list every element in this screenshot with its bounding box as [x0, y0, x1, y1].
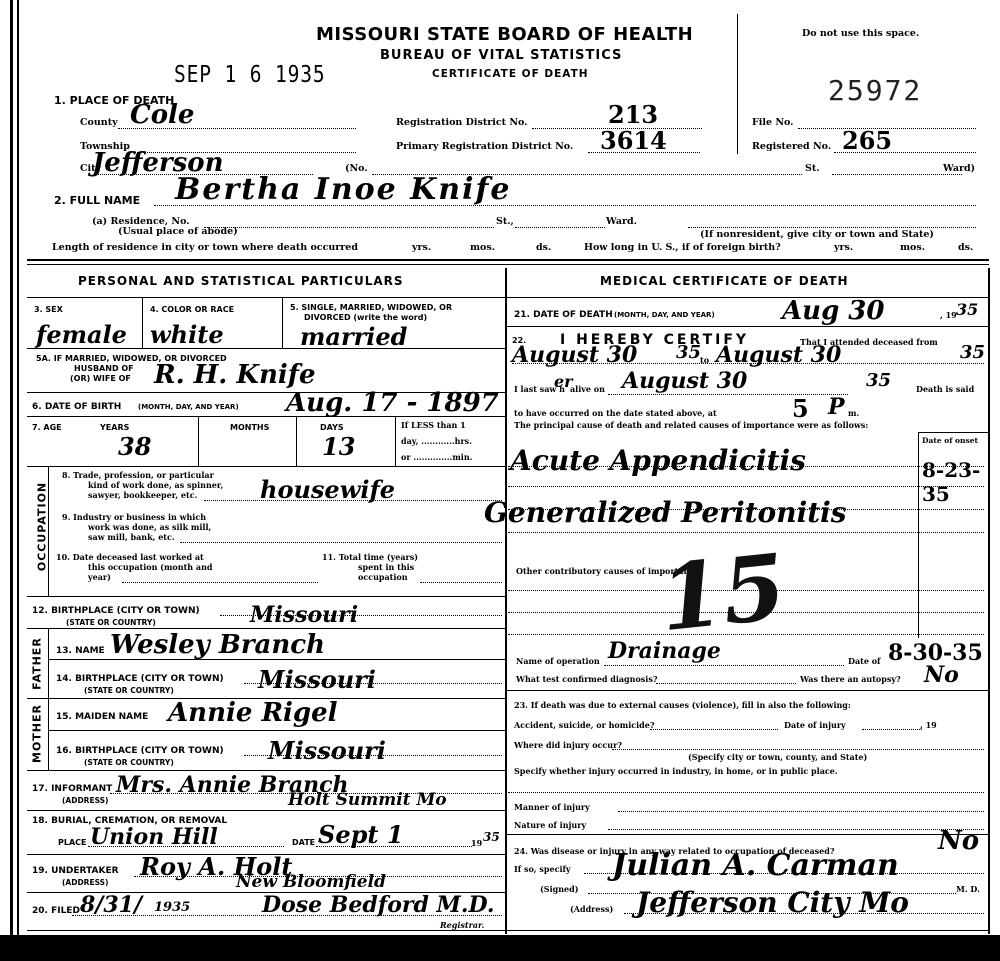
bureau-title: BUREAU OF VITAL STATISTICS — [380, 48, 622, 63]
left-border — [10, 0, 13, 961]
attended-to-field[interactable]: August 30 — [716, 342, 841, 368]
dod-year-field[interactable]: 35 — [956, 300, 978, 319]
manner-label: Manner of injury — [514, 802, 590, 812]
father-side-label: FATHER — [31, 629, 44, 699]
left-border-inner — [17, 0, 19, 961]
months-label: MONTHS — [230, 423, 269, 432]
injury-date-label: Date of injury — [784, 720, 846, 730]
length-mos-label: mos. — [470, 242, 495, 253]
date-of-death-field[interactable]: Aug 30 — [782, 296, 885, 326]
mother-name-label: 15. MAIDEN NAME — [56, 712, 148, 722]
alive-on-label: alive on — [570, 384, 605, 394]
burial-year-field[interactable]: 35 — [483, 830, 500, 844]
informant-label: 17. INFORMANT — [32, 784, 112, 794]
less-than-day-1: If LESS than 1 — [401, 420, 466, 430]
date-of-onset-label: Date of onset — [922, 436, 978, 445]
father-birthplace-label: 14. BIRTHPLACE (CITY OR TOWN) — [56, 674, 224, 684]
secondary-cause-field[interactable]: Generalized Peritonitis — [484, 496, 847, 529]
race-label: 4. COLOR OR RACE — [150, 305, 234, 314]
full-name-field[interactable]: Bertha Inoe Knife — [175, 172, 511, 207]
foreign-ds-label: ds. — [958, 242, 973, 253]
board-title: MISSOURI STATE BOARD OF HEALTH — [316, 24, 693, 45]
signed-label: (Signed) — [540, 884, 578, 894]
meridiem-field[interactable]: P — [828, 394, 845, 420]
margin-mark: 15 — [655, 534, 791, 653]
registration-district-label: Registration District No. — [396, 117, 527, 128]
spouse-label-2: HUSBAND OF — [74, 364, 134, 373]
last-saw-year-field[interactable]: 35 — [866, 370, 891, 391]
registrar-label: Registrar. — [440, 920, 484, 930]
county-field[interactable]: Cole — [130, 100, 194, 130]
injury-location-label: Where did injury occur? — [514, 740, 622, 750]
attended-to-year[interactable]: 35 — [960, 342, 985, 363]
birthplace-field[interactable]: Missouri — [250, 602, 358, 628]
mother-birthplace-label: 16. BIRTHPLACE (CITY OR TOWN) — [56, 746, 224, 756]
age-years-field[interactable]: 38 — [118, 432, 151, 461]
specify-injury-label: Specify whether injury occurred in indus… — [514, 766, 838, 776]
mother-birthplace-sub: (STATE OR COUNTRY) — [84, 758, 174, 767]
burial-place-label: PLACE — [58, 838, 87, 847]
burial-date-field[interactable]: Sept 1 — [318, 820, 404, 849]
mother-side-label: MOTHER — [31, 699, 44, 769]
residence-ward-label: Ward. — [606, 216, 637, 227]
attended-from-year[interactable]: 35 — [676, 342, 701, 363]
mother-birthplace-field[interactable]: Missouri — [268, 736, 386, 765]
informant-address-field[interactable]: Holt Summit Mo — [288, 790, 447, 810]
physician-signature[interactable]: Julian A. Carman — [612, 848, 899, 883]
injury-location-sub: (Specify city or town, county, and State… — [688, 752, 867, 762]
total-time-label-2: spent in this — [358, 562, 414, 572]
total-time-label-1: 11. Total time (years) — [322, 552, 418, 562]
street-label: St. — [805, 163, 820, 174]
filed-year-field[interactable]: 1935 — [154, 900, 190, 915]
burial-year-prefix: 19 — [471, 838, 482, 848]
primary-registration-field[interactable]: 3614 — [600, 126, 667, 155]
accident-label: Accident, suicide, or homicide? — [514, 720, 655, 730]
operation-label: Name of operation — [516, 656, 600, 666]
years-label: YEARS — [100, 423, 129, 432]
autopsy-label: Was there an autopsy? — [800, 674, 901, 684]
age-label: 7. AGE — [32, 423, 62, 432]
trade-label-1: 8. Trade, profession, or particular — [62, 470, 214, 480]
physician-address-field[interactable]: Jefferson City Mo — [636, 886, 909, 919]
burial-place-field[interactable]: Union Hill — [90, 824, 218, 850]
race-field[interactable]: white — [150, 320, 224, 349]
header-rule-2 — [27, 264, 989, 265]
less-than-day-3: or ..............min. — [401, 452, 472, 462]
md-label: M. D. — [956, 884, 980, 894]
received-stamp: SEP 1 6 1935 — [174, 62, 325, 88]
informant-address-label: (ADDRESS) — [62, 796, 108, 805]
trade-label-2: kind of work done, as spinner, — [88, 480, 223, 490]
length-ds-label: ds. — [536, 242, 551, 253]
right-border — [988, 268, 990, 934]
test-confirmed-label: What test confirmed diagnosis? — [516, 674, 658, 684]
primary-cause-field[interactable]: Acute Appendicitis — [510, 444, 806, 477]
county-label: County — [80, 117, 118, 128]
residence-st-label: St., — [496, 216, 514, 227]
if-so-label: If so, specify — [514, 864, 571, 874]
birthplace-label: 12. BIRTHPLACE (CITY OR TOWN) — [32, 606, 200, 616]
to-label: to — [700, 355, 709, 365]
causes-intro: The principal cause of death and related… — [514, 420, 868, 430]
date-of-death-label: 21. DATE OF DEATH — [514, 310, 613, 320]
dob-field[interactable]: Aug. 17 - 1897 — [286, 388, 499, 418]
spouse-label-3: (OR) WIFE OF — [70, 374, 131, 383]
marital-label-2: DIVORCED (write the word) — [304, 313, 427, 322]
industry-label-2: work was done, as silk mill, — [88, 522, 211, 532]
primary-registration-label: Primary Registration District No. — [396, 141, 573, 152]
occupation-side-label: OCCUPATION — [36, 477, 49, 577]
full-name-label: 2. FULL NAME — [54, 194, 140, 207]
header-divider — [737, 14, 738, 154]
dob-sub-label: (MONTH, DAY, AND YEAR) — [138, 403, 239, 411]
trade-label-3: sawyer, bookkeeper, etc. — [88, 490, 197, 500]
total-time-label-3: occupation — [358, 572, 408, 582]
certificate-title: CERTIFICATE OF DEATH — [432, 68, 589, 80]
industry-label-3: saw mill, bank, etc. — [88, 532, 175, 542]
undertaker-address-label: (ADDRESS) — [62, 878, 108, 887]
state-file-number: 25972 — [828, 74, 922, 107]
dod-year-prefix: , 19 — [940, 310, 957, 320]
registration-district-field[interactable]: 213 — [608, 100, 658, 129]
last-worked-label-2: this occupation (month and — [88, 562, 212, 572]
registrar-signature[interactable]: Dose Bedford M.D. — [262, 892, 495, 918]
nonresident-note: (If nonresident, give city or town and S… — [700, 229, 934, 240]
mother-name-field[interactable]: Annie Rigel — [168, 698, 338, 728]
father-birthplace-sub: (STATE OR COUNTRY) — [84, 686, 174, 695]
nature-label: Nature of injury — [514, 820, 586, 830]
attended-from-field[interactable]: August 30 — [512, 342, 637, 368]
last-worked-label-1: 10. Date deceased last worked at — [56, 552, 204, 562]
autopsy-field[interactable]: No — [924, 662, 959, 688]
age-days-field[interactable]: 13 — [322, 432, 355, 461]
m-label: m. — [848, 408, 859, 418]
undertaker-address-field[interactable]: New Bloomfield — [236, 872, 386, 892]
registered-no-field[interactable]: 265 — [842, 126, 892, 155]
last-saw-date-field[interactable]: August 30 — [622, 368, 747, 394]
burial-date-label: DATE — [292, 838, 315, 847]
marital-field[interactable]: married — [300, 322, 407, 351]
injury-year-label: , 19 — [920, 720, 937, 730]
physician-address-label: (Address) — [570, 904, 613, 914]
birthplace-sub-label: (STATE OR COUNTRY) — [66, 618, 156, 627]
header-rule — [27, 259, 989, 261]
foreign-birth-label: How long in U. S., if of foreign birth? — [584, 242, 781, 253]
father-name-field[interactable]: Wesley Branch — [110, 630, 325, 660]
death-said-label: Death is said — [916, 384, 974, 394]
personal-section-title: PERSONAL AND STATISTICAL PARTICULARS — [78, 274, 404, 288]
foreign-mos-label: mos. — [900, 242, 925, 253]
father-name-label: 13. NAME — [56, 646, 105, 656]
occupation-field[interactable]: housewife — [260, 475, 395, 504]
do-not-use-note: Do not use this space. — [802, 28, 919, 39]
length-of-residence-label: Length of residence in city or town wher… — [52, 242, 358, 253]
undertaker-label: 19. UNDERTAKER — [32, 866, 119, 876]
sex-label: 3. SEX — [34, 305, 63, 314]
industry-label-1: 9. Industry or business in which — [62, 512, 206, 522]
days-label: DAYS — [320, 423, 344, 432]
bottom-border — [0, 935, 1000, 961]
date-of-death-sub: (MONTH, DAY, AND YEAR) — [614, 311, 715, 319]
sex-field[interactable]: female — [36, 320, 127, 349]
time-of-death-field[interactable]: 5 — [792, 394, 809, 423]
length-yrs-label: yrs. — [412, 242, 431, 253]
medical-section-title: MEDICAL CERTIFICATE OF DEATH — [600, 274, 849, 288]
occupation-related-field[interactable]: No — [938, 826, 979, 856]
father-birthplace-field[interactable]: Missouri — [258, 665, 376, 694]
operation-date-label: Date of — [848, 656, 880, 666]
ward-label: Ward) — [943, 163, 975, 174]
filed-date-field[interactable]: 8/31/ — [80, 892, 142, 918]
primary-cause-onset[interactable]: 8-23-35 — [922, 458, 1000, 506]
foreign-yrs-label: yrs. — [834, 242, 853, 253]
operation-field[interactable]: Drainage — [608, 638, 721, 664]
external-causes-label: 23. If death was due to external causes … — [514, 700, 851, 710]
occurred-label: to have occurred on the date stated abov… — [514, 408, 717, 418]
file-no-label: File No. — [752, 117, 793, 128]
spouse-field[interactable]: R. H. Knife — [154, 360, 315, 390]
last-worked-label-3: year) — [88, 572, 111, 582]
less-than-day-2: day, ............hrs. — [401, 436, 472, 446]
registered-no-label: Registered No. — [752, 141, 831, 152]
dob-label: 6. DATE OF BIRTH — [32, 402, 121, 412]
marital-label: 5. SINGLE, MARRIED, WIDOWED, OR — [290, 303, 452, 312]
